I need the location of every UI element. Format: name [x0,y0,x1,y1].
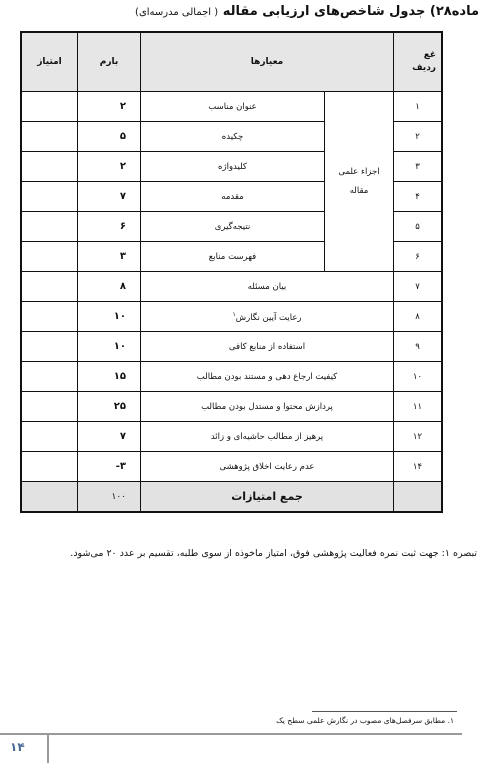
criterion-cell: پردازش محتوا و مستدل بودن مطالب [141,392,394,422]
total-emtiaz [21,482,78,513]
baram-cell: ۷ [78,422,141,452]
baram-cell: ۱۰ [78,332,141,362]
emtiaz-cell [21,422,78,452]
emtiaz-cell [21,92,78,122]
row-number: ۴ [394,182,443,212]
table-row: ۱۲ پرهیز از مطالب حاشیه‌ای و زائد ۷ [21,422,442,452]
emtiaz-cell [21,332,78,362]
header-baram: بارم [78,32,141,92]
baram-cell: ۶ [78,212,141,242]
row-number: ۸ [394,302,443,332]
emtiaz-cell [21,122,78,152]
criterion-cell: عدم رعایت اخلاق پژوهشی [141,452,394,482]
header-radif: غع ردیف [394,32,443,92]
group-cell: اجزاء علمی مقاله [325,92,394,272]
total-empty-cell [394,482,443,513]
footnote-text: ۱. مطابق سرفصل‌های مصوب در نگارش علمی سط… [276,716,454,725]
row-number: ۵ [394,212,443,242]
header-radif-top: غع [394,49,436,63]
emtiaz-cell [21,182,78,212]
emtiaz-cell [21,362,78,392]
section-title-sub: ( اجمالی مدرسه‌ای) [135,7,218,18]
criterion-cell: بیان مسئله [141,272,394,302]
table-row: ۱ اجزاء علمی مقاله عنوان مناسب ۲ [21,92,442,122]
table-header-row: غع ردیف معیارها بارم امتیاز [21,32,442,92]
criterion-cell: مقدمه [141,182,325,212]
page-number: ۱۴ [10,740,25,754]
criterion-cell: چکیده [141,122,325,152]
table-row: ۱۰ کیفیت ارجاع دهی و مستند بودن مطالب ۱۵ [21,362,442,392]
criterion-cell: کیفیت ارجاع دهی و مستند بودن مطالب [141,362,394,392]
criterion-cell: رعایت آیین نگارش۱ [141,302,394,332]
emtiaz-cell [21,452,78,482]
baram-cell: ۱۵ [78,362,141,392]
group-label-line2: مقاله [325,182,393,201]
baram-cell: ۲ [78,92,141,122]
row-number: ۳ [394,152,443,182]
header-emtiaz: امتیاز [21,32,78,92]
baram-cell: ۱۰ [78,302,141,332]
table-row: ۱۱ پردازش محتوا و مستدل بودن مطالب ۲۵ [21,392,442,422]
page-footer-vertical-rule [47,735,49,763]
footnote-divider [312,711,457,712]
header-radif-label: ردیف [394,62,436,76]
section-title-main: ماده۲۸) جدول شاخص‌های ارزیابی مقاله [223,4,479,19]
criterion-cell: فهرست منابع [141,242,325,272]
row-number: ۱۲ [394,422,443,452]
page-footer-rule [0,733,462,735]
row-number: ۹ [394,332,443,362]
baram-cell: ۳- [78,452,141,482]
emtiaz-cell [21,242,78,272]
emtiaz-cell [21,392,78,422]
emtiaz-cell [21,152,78,182]
criterion-cell: نتیجه‌گیری [141,212,325,242]
baram-cell: ۸ [78,272,141,302]
table-total-row: جمع امتیازات ۱۰۰ [21,482,442,513]
criterion-cell: پرهیز از مطالب حاشیه‌ای و زائد [141,422,394,452]
table-row: ۷ بیان مسئله ۸ [21,272,442,302]
row-number: ۱۴ [394,452,443,482]
note-paragraph: تبصره ۱: جهت ثبت نمره فعالیت پژوهشی فوق،… [30,548,477,559]
header-criteria: معیارها [141,32,394,92]
section-title: ماده۲۸) جدول شاخص‌های ارزیابی مقاله ( اج… [150,4,479,19]
criterion-cell: عنوان مناسب [141,92,325,122]
table-row: ۱۴ عدم رعایت اخلاق پژوهشی ۳- [21,452,442,482]
emtiaz-cell [21,272,78,302]
criterion-text: رعایت آیین نگارش [236,312,302,322]
baram-cell: ۳ [78,242,141,272]
table-row: ۹ استفاده از منابع کافی ۱۰ [21,332,442,362]
criterion-cell: استفاده از منابع کافی [141,332,394,362]
baram-cell: ۵ [78,122,141,152]
baram-cell: ۲ [78,152,141,182]
table-row: ۸ رعایت آیین نگارش۱ ۱۰ [21,302,442,332]
row-number: ۱ [394,92,443,122]
row-number: ۶ [394,242,443,272]
criterion-cell: کلیدواژه [141,152,325,182]
total-baram: ۱۰۰ [78,482,141,513]
total-label: جمع امتیازات [141,482,394,513]
emtiaz-cell [21,212,78,242]
emtiaz-cell [21,302,78,332]
baram-cell: ۲۵ [78,392,141,422]
baram-cell: ۷ [78,182,141,212]
group-label-line1: اجزاء علمی [325,163,393,182]
row-number: ۱۰ [394,362,443,392]
row-number: ۷ [394,272,443,302]
evaluation-table: غع ردیف معیارها بارم امتیاز ۱ اجزاء علمی… [20,31,443,513]
row-number: ۲ [394,122,443,152]
row-number: ۱۱ [394,392,443,422]
